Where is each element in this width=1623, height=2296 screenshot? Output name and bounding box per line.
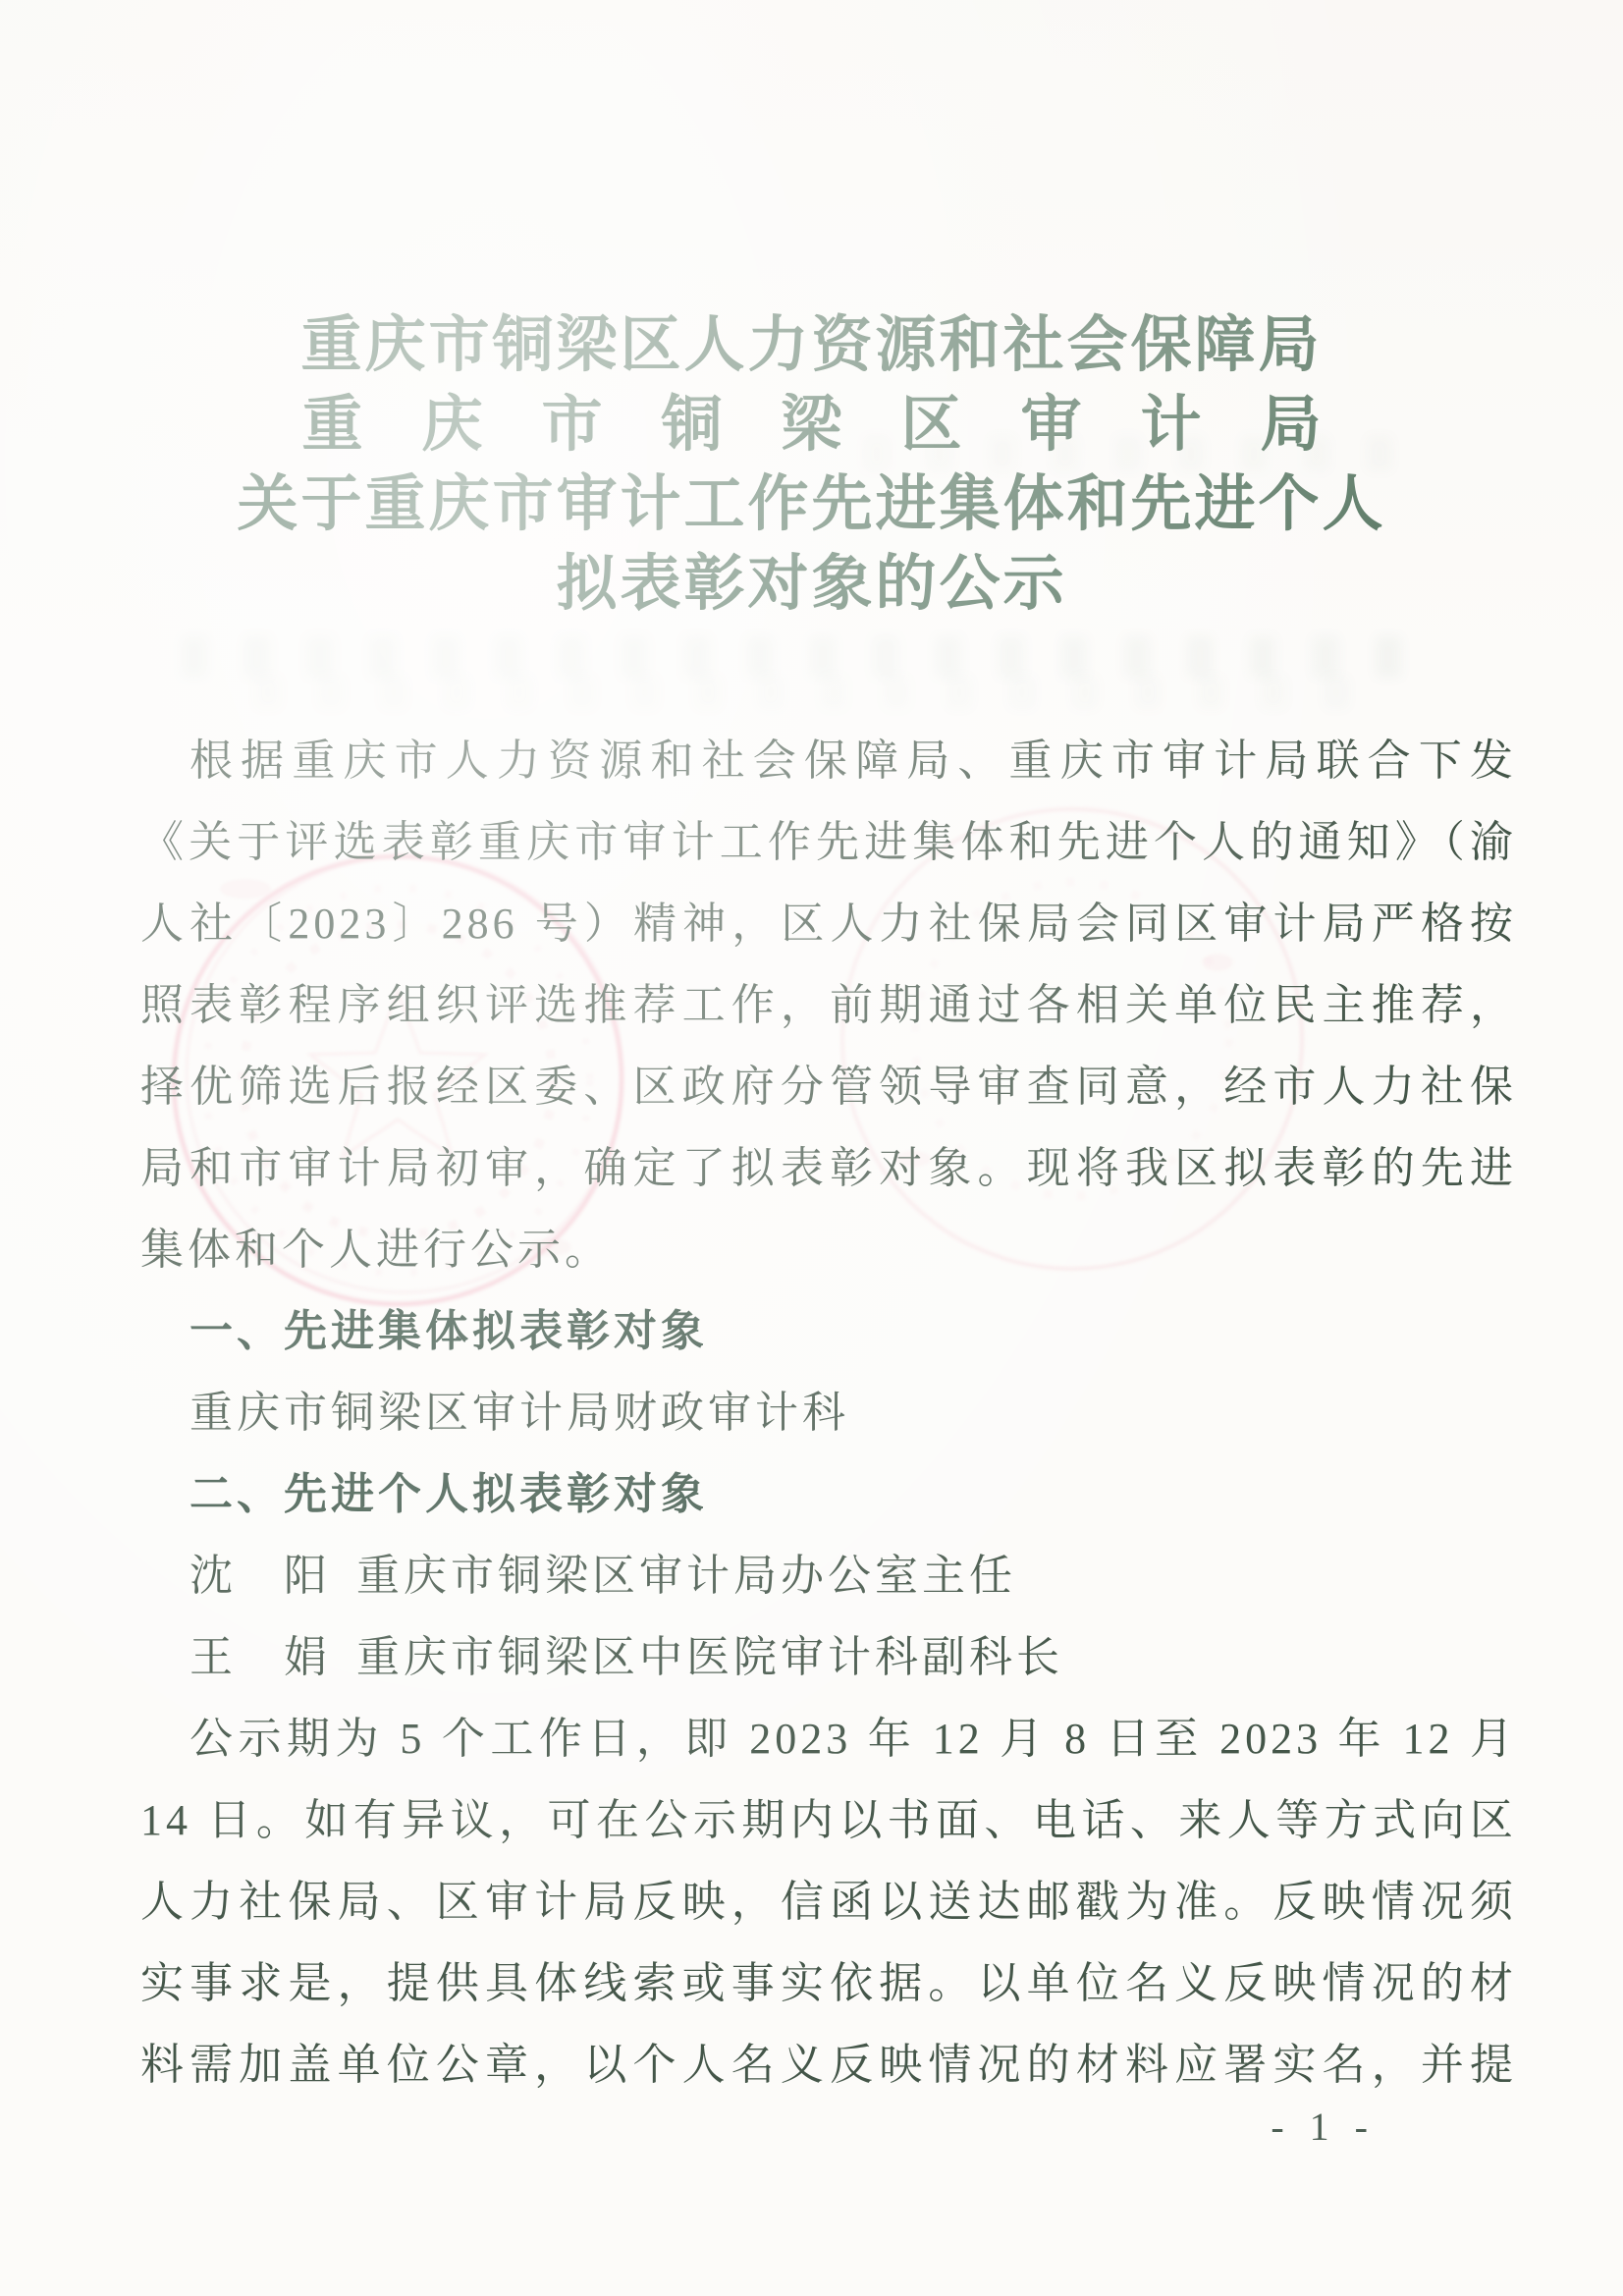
section-1-heading: 一、先进集体拟表彰对象 [140,1290,1517,1372]
paragraph-1-line: 《关于评选表彰重庆市审计工作先进集体和先进个人的通知》（渝 [140,801,1517,883]
title-line-4: 拟表彰对象的公示 [0,545,1623,625]
document-title: 重庆市铜梁区人力资源和社会保障局 重庆市铜梁区审计局 关于重庆市审计工作先进集体… [0,306,1623,625]
paragraph-2-line: 实事求是，提供具体线索或事实依据。以单位名义反映情况的材 [140,1942,1517,2024]
document-body: 根据重庆市人力资源和社会保障局、重庆市审计局联合下发 《关于评选表彰重庆市审计工… [140,720,1517,2105]
paragraph-1-line: 择优筛选后报经区委、区政府分管领导审查同意，经市人力社保 [140,1046,1517,1127]
person-name: 沈 阳 [189,1552,331,1600]
title-line-3: 关于重庆市审计工作先进集体和先进个人 [0,465,1623,545]
person-row: 沈 阳重庆市铜梁区审计局办公室主任 [140,1535,1517,1616]
paragraph-2-line: 人力社保局、区审计局反映，信函以送达邮戳为准。反映情况须 [140,1861,1517,1942]
paragraph-1-line: 照表彰程序组织评选推荐工作，前期通过各相关单位民主推荐， [140,964,1517,1046]
page-number: - 1 - [1271,2104,1376,2151]
ink-bleed-smudge [182,636,1419,678]
person-unit-title: 重庆市铜梁区审计局办公室主任 [356,1552,1016,1600]
paragraph-1-line: 根据重庆市人力资源和社会保障局、重庆市审计局联合下发 [140,720,1517,801]
person-unit-title: 重庆市铜梁区中医院审计科副科长 [356,1633,1063,1681]
title-line-2-text: 重庆市铜梁区审计局 [301,386,1380,465]
ink-bleed-smudge [255,676,1384,709]
section-2-heading: 二、先进个人拟表彰对象 [140,1453,1517,1535]
collective-honoree: 重庆市铜梁区审计局财政审计科 [140,1372,1517,1453]
title-line-1: 重庆市铜梁区人力资源和社会保障局 [0,306,1623,386]
title-line-2: 重庆市铜梁区审计局 [0,386,1623,465]
paragraph-2-line: 公示期为 5 个工作日，即 2023 年 12 月 8 日至 2023 年 12… [140,1698,1517,1779]
paragraph-1-line: 人社〔2023〕286 号）精神，区人力社保局会同区审计局严格按 [140,883,1517,964]
paragraph-1-line: 集体和个人进行公示。 [140,1209,1517,1290]
paragraph-2-line: 14 日。如有异议，可在公示期内以书面、电话、来人等方式向区 [140,1779,1517,1861]
person-row: 王 娟重庆市铜梁区中医院审计科副科长 [140,1616,1517,1698]
person-name: 王 娟 [189,1633,331,1681]
document-page: 重庆市铜梁区人力资源和社会保障局 重庆市铜梁区审计局 关于重庆市审计工作先进集体… [0,0,1623,2296]
paragraph-2-line: 料需加盖单位公章，以个人名义反映情况的材料应署实名，并提 [140,2024,1517,2105]
paragraph-1-line: 局和市审计局初审，确定了拟表彰对象。现将我区拟表彰的先进 [140,1127,1517,1209]
